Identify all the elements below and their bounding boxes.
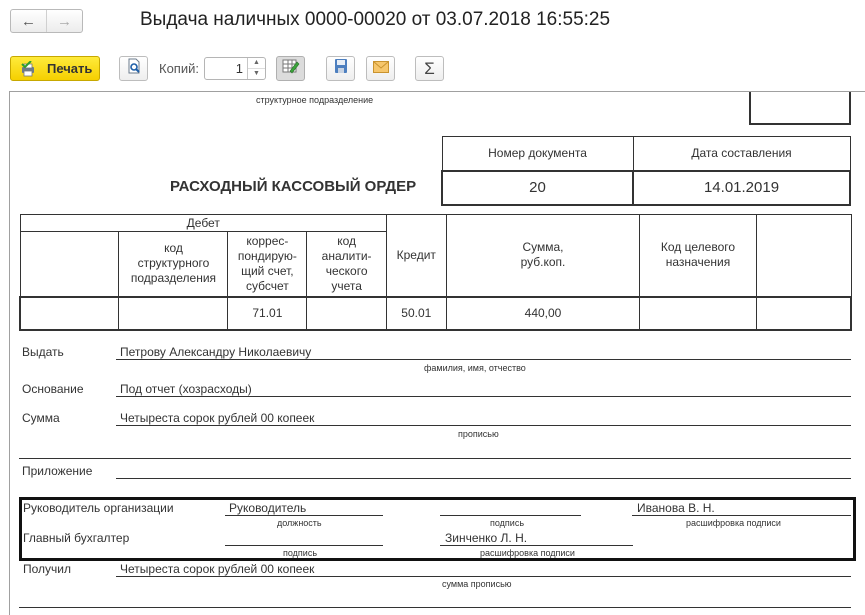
- print-button[interactable]: Печать: [10, 56, 100, 81]
- sum-label: Сумма: [22, 411, 60, 425]
- copies-label: Копий:: [159, 61, 199, 76]
- back-button[interactable]: ←: [11, 10, 46, 32]
- floppy-disk-icon: [333, 58, 349, 79]
- struct-code-header: кодструктурногоподразделения: [119, 232, 228, 297]
- debit-header: Дебет: [20, 215, 387, 232]
- head-decode-caption: расшифровка подписи: [686, 518, 781, 528]
- arrow-right-icon: →: [57, 13, 72, 30]
- accounts-table: Дебет Кредит Сумма,руб.коп. Код целевого…: [19, 214, 852, 331]
- doc-date-value: 14.01.2019: [633, 171, 850, 205]
- doc-number-header: Номер документа: [442, 137, 633, 171]
- basis-value: Под отчет (хозрасходы): [120, 382, 252, 396]
- issue-caption: фамилия, имя, отчество: [424, 363, 526, 373]
- chief-decode-caption: расшифровка подписи: [480, 548, 575, 558]
- printer-icon: [19, 61, 37, 77]
- doc-date-header: Дата составления: [633, 137, 850, 171]
- credit-header: Кредит: [387, 215, 447, 297]
- document-title: РАСХОДНЫЙ КАССОВЫЙ ОРДЕР: [170, 178, 416, 195]
- head-name: Иванова В. Н.: [637, 501, 715, 515]
- table-row: 71.01 50.01 440,00: [20, 297, 851, 330]
- received-caption: сумма прописью: [442, 579, 512, 589]
- sum-header: Сумма,руб.коп.: [446, 215, 640, 297]
- sum-caption: прописью: [458, 429, 499, 439]
- send-email-button[interactable]: [366, 56, 395, 81]
- corr-account-header: коррес-пондирую-щий счет,субсчет: [228, 232, 307, 297]
- print-preview-icon: [126, 58, 142, 79]
- spin-down-icon[interactable]: ▼: [248, 68, 265, 79]
- table-edit-icon: [282, 58, 300, 79]
- analytic-code-header: коданалити-ческогоучета: [307, 232, 387, 297]
- okud-box: [749, 91, 851, 125]
- sigma-icon: Σ: [424, 59, 435, 79]
- purpose-code-header: Код целевогоназначения: [640, 215, 756, 297]
- spreadsheet-document[interactable]: структурное подразделение Номер документ…: [9, 91, 865, 615]
- head-label: Руководитель организации: [23, 501, 174, 515]
- chief-name: Зинченко Л. Н.: [445, 531, 527, 545]
- issue-value: Петрову Александру Николаевичу: [120, 345, 311, 359]
- corr-account-value: 71.01: [228, 297, 307, 330]
- forward-button[interactable]: →: [46, 10, 82, 32]
- copies-spinner[interactable]: ▲ ▼: [247, 58, 265, 79]
- envelope-icon: [373, 60, 389, 78]
- sum-button[interactable]: Σ: [415, 56, 444, 81]
- head-position: Руководитель: [229, 501, 306, 515]
- sum-value: 440,00: [446, 297, 640, 330]
- basis-label: Основание: [22, 382, 84, 396]
- credit-value: 50.01: [387, 297, 447, 330]
- struct-division-caption: структурное подразделение: [256, 95, 373, 105]
- cash-order-form: структурное подразделение Номер документ…: [10, 92, 865, 615]
- chief-accountant-label: Главный бухгалтер: [23, 531, 129, 545]
- head-signature-caption: подпись: [490, 518, 524, 528]
- chief-signature-caption: подпись: [283, 548, 317, 558]
- print-label: Печать: [47, 61, 92, 76]
- navigation-buttons: ← →: [10, 9, 83, 33]
- spin-up-icon[interactable]: ▲: [248, 58, 265, 68]
- issue-label: Выдать: [22, 345, 64, 359]
- received-label: Получил: [23, 562, 71, 576]
- sum-words-value: Четыреста сорок рублей 00 копеек: [120, 411, 314, 425]
- doc-number-value: 20: [442, 171, 633, 205]
- copies-stepper[interactable]: 1 ▲ ▼: [204, 57, 266, 80]
- save-button[interactable]: [326, 56, 355, 81]
- attachment-label: Приложение: [22, 464, 92, 478]
- doc-number-table: Номер документа Дата составления 20 14.0…: [441, 136, 851, 206]
- received-value: Четыреста сорок рублей 00 копеек: [120, 562, 314, 576]
- position-caption: должность: [277, 518, 322, 528]
- edit-table-button[interactable]: [276, 56, 305, 81]
- window-title: Выдача наличных 0000-00020 от 03.07.2018…: [140, 9, 610, 31]
- extra-header: [756, 215, 851, 297]
- arrow-left-icon: ←: [21, 13, 36, 30]
- copies-input[interactable]: 1: [205, 58, 247, 79]
- debit-blank-header: [20, 232, 119, 297]
- print-preview-button[interactable]: [119, 56, 148, 81]
